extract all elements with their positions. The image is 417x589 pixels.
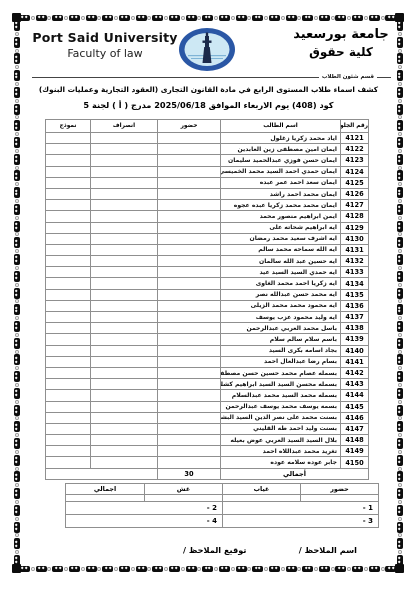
seat-number-cell: 4146 bbox=[341, 412, 369, 423]
departure-cell bbox=[91, 211, 158, 222]
summary-table: حضور غياب غش اجمالي - 1 - 2 - 3 - 4 bbox=[65, 483, 379, 528]
attendance-cell bbox=[158, 133, 221, 144]
departure-cell bbox=[91, 334, 158, 345]
form-cell bbox=[46, 133, 91, 144]
form-cell bbox=[46, 289, 91, 300]
departure-cell bbox=[91, 300, 158, 311]
seat-number-cell: 4139 bbox=[341, 334, 369, 345]
student-name-cell: اياد محمد زكريا زغلول bbox=[221, 133, 341, 144]
table-row: 4127 ايمان محمد محمد زكريا عبده عجوه bbox=[46, 200, 369, 211]
table-row: 4137 ايه وليد محمود عزب يوسف bbox=[46, 312, 369, 323]
decorative-border-left bbox=[12, 20, 21, 566]
form-cell bbox=[46, 222, 91, 233]
attendance-cell bbox=[158, 188, 221, 199]
university-name-ar: جامعة بورسعيد bbox=[285, 27, 397, 42]
student-name-cell: باسم سلام سالم سلام bbox=[221, 334, 341, 345]
departure-cell bbox=[91, 435, 158, 446]
departure-cell bbox=[91, 379, 158, 390]
table-row: 4129 ايه ابراهيم شحاته على bbox=[46, 222, 369, 233]
departure-cell bbox=[91, 312, 158, 323]
seat-number-cell: 4136 bbox=[341, 300, 369, 311]
form-cell bbox=[46, 211, 91, 222]
student-name-cell: ايه محمد حسن عبدالله نصر bbox=[221, 289, 341, 300]
col-student-name: اسم الطالب bbox=[221, 120, 341, 133]
observer-signature-label: توقيع الملاحظ / bbox=[183, 545, 246, 555]
seat-number-cell: 4140 bbox=[341, 345, 369, 356]
table-row: 4128 ايمن ابراهيم منصور محمد bbox=[46, 211, 369, 222]
departure-cell bbox=[91, 356, 158, 367]
attendance-cell bbox=[158, 423, 221, 434]
department-divider: قسم شئون الطلاب bbox=[32, 74, 391, 80]
departure-cell bbox=[91, 177, 158, 188]
form-cell bbox=[46, 144, 91, 155]
attendance-cell bbox=[158, 367, 221, 378]
student-name-cell: بسمله محمد السيد محمد عبدالسلام bbox=[221, 390, 341, 401]
student-name-cell: ايمان حمدي احمد السيد محمد الخميسي bbox=[221, 166, 341, 177]
decorative-border-right bbox=[395, 20, 404, 566]
col-departure: انصراف bbox=[91, 120, 158, 133]
attendance-cell bbox=[158, 256, 221, 267]
attendance-cell bbox=[158, 401, 221, 412]
seat-number-cell: 4126 bbox=[341, 188, 369, 199]
table-row: 4142 بسمله عصام محمد حسين حسن مصطفى bbox=[46, 367, 369, 378]
form-cell bbox=[46, 334, 91, 345]
seat-number-cell: 4148 bbox=[341, 435, 369, 446]
departure-cell bbox=[91, 367, 158, 378]
table-row: 4135 ايه محمد حسن عبدالله نصر bbox=[46, 289, 369, 300]
table-row: 4124 ايمان حمدي احمد السيد محمد الخميسي bbox=[46, 166, 369, 177]
student-name-cell: ايمان محمد احمد راشد bbox=[221, 188, 341, 199]
form-cell bbox=[46, 166, 91, 177]
form-cell bbox=[46, 356, 91, 367]
departure-cell bbox=[91, 222, 158, 233]
attendance-cell bbox=[158, 200, 221, 211]
attendance-cell bbox=[158, 233, 221, 244]
seat-number-cell: 4129 bbox=[341, 222, 369, 233]
student-name-cell: ايمن ابراهيم منصور محمد bbox=[221, 211, 341, 222]
border-corner-bottom-left bbox=[12, 564, 21, 573]
table-row: 4148 بلال السيد السيد العربي عوض بعيله bbox=[46, 435, 369, 446]
divider-rule-left bbox=[32, 77, 319, 78]
seat-number-cell: 4124 bbox=[341, 166, 369, 177]
form-cell bbox=[46, 323, 91, 334]
border-corner-top-left bbox=[12, 13, 21, 22]
table-row: 4144 بسمله محمد السيد محمد عبدالسلام bbox=[46, 390, 369, 401]
student-name-cell: بجاد اسامه بكرى السيد bbox=[221, 345, 341, 356]
roster-body: 4121 اياد محمد زكريا زغلول 4122 ايمان ام… bbox=[46, 133, 369, 480]
attendance-cell bbox=[158, 345, 221, 356]
form-cell bbox=[46, 401, 91, 412]
table-row: 4140 بجاد اسامه بكرى السيد bbox=[46, 345, 369, 356]
attendance-cell bbox=[158, 222, 221, 233]
form-cell bbox=[46, 367, 91, 378]
col-attendance: حضور bbox=[158, 120, 221, 133]
seat-number-cell: 4144 bbox=[341, 390, 369, 401]
departure-cell bbox=[91, 200, 158, 211]
form-cell bbox=[46, 177, 91, 188]
table-row: 4122 ايمان امين مصطفى زين العابدين bbox=[46, 144, 369, 155]
attendance-cell bbox=[158, 390, 221, 401]
seat-number-cell: 4128 bbox=[341, 211, 369, 222]
departure-cell bbox=[91, 233, 158, 244]
table-row: 4132 ايه حسين عبد الله سالمان bbox=[46, 256, 369, 267]
departure-cell bbox=[91, 256, 158, 267]
seat-number-cell: 4135 bbox=[341, 289, 369, 300]
attendance-cell bbox=[158, 356, 221, 367]
student-name-cell: ايمان امين مصطفى زين العابدين bbox=[221, 144, 341, 155]
form-cell bbox=[46, 423, 91, 434]
summary-item-3: - 3 bbox=[223, 515, 379, 528]
attendance-cell bbox=[158, 312, 221, 323]
total-attendance-cell: 30 bbox=[158, 468, 221, 479]
table-row: 4141 بسام رضا عبدالعال احمد bbox=[46, 356, 369, 367]
attendance-cell bbox=[158, 435, 221, 446]
university-name-en: Port Said University bbox=[30, 30, 180, 45]
form-cell bbox=[46, 278, 91, 289]
table-row: 4138 باسل محمد العربي عبدالرحمن bbox=[46, 323, 369, 334]
decorative-border-top bbox=[19, 13, 397, 22]
student-name-cell: ايه حسين عبد الله سالمان bbox=[221, 256, 341, 267]
form-cell bbox=[46, 457, 91, 468]
seat-number-cell: 4130 bbox=[341, 233, 369, 244]
departure-cell bbox=[91, 323, 158, 334]
departure-cell bbox=[91, 144, 158, 155]
attendance-cell bbox=[158, 379, 221, 390]
table-row: 4126 ايمان محمد احمد راشد bbox=[46, 188, 369, 199]
border-corner-top-right bbox=[395, 13, 404, 22]
attendance-cell bbox=[158, 334, 221, 345]
sheet-subtitle: كود (408) يوم الاربعاء الموافق 2025/06/1… bbox=[24, 100, 393, 110]
student-name-cell: تغريد محمد عبداللاه احمد bbox=[221, 446, 341, 457]
seat-number-cell: 4143 bbox=[341, 379, 369, 390]
attendance-cell bbox=[158, 211, 221, 222]
seat-number-cell: 4137 bbox=[341, 312, 369, 323]
sheet-title: كشف اسماء طلاب المستوى الرابع في مادة ال… bbox=[24, 85, 393, 94]
attendance-cell bbox=[158, 457, 221, 468]
seat-number-cell: 4123 bbox=[341, 155, 369, 166]
total-label-cell: أجمالي bbox=[221, 468, 369, 479]
seat-number-cell: 4131 bbox=[341, 244, 369, 255]
seat-number-cell: 4145 bbox=[341, 401, 369, 412]
summary-header-row: حضور غياب غش اجمالي bbox=[66, 484, 379, 495]
student-name-cell: بسمله محسن السيد السيد ابراهيم كشك bbox=[221, 379, 341, 390]
attendance-cell bbox=[158, 446, 221, 457]
departure-cell bbox=[91, 267, 158, 278]
student-name-cell: باسل محمد العربي عبدالرحمن bbox=[221, 323, 341, 334]
attendance-cell bbox=[158, 166, 221, 177]
student-name-cell: ايمان سعد احمد عمر عبده bbox=[221, 177, 341, 188]
university-logo bbox=[178, 27, 236, 72]
decorative-border-bottom bbox=[19, 564, 397, 573]
table-row: 4149 تغريد محمد عبداللاه احمد bbox=[46, 446, 369, 457]
attendance-cell bbox=[158, 244, 221, 255]
form-cell bbox=[46, 435, 91, 446]
attendance-cell bbox=[158, 289, 221, 300]
seat-number-cell: 4121 bbox=[341, 133, 369, 144]
table-row: 4143 بسمله محسن السيد السيد ابراهيم كشك bbox=[46, 379, 369, 390]
form-cell bbox=[46, 155, 91, 166]
seat-number-cell: 4149 bbox=[341, 446, 369, 457]
student-name-cell: ايمان حسن فوزي عبدالحميد سليمان bbox=[221, 155, 341, 166]
student-name-cell: ايمان محمد محمد زكريا عبده عجوه bbox=[221, 200, 341, 211]
student-name-cell: ايه ابراهيم شحاته على bbox=[221, 222, 341, 233]
col-seat-number: رقم الجلوس bbox=[341, 120, 369, 133]
attendance-cell bbox=[158, 412, 221, 423]
form-cell bbox=[46, 412, 91, 423]
departure-cell bbox=[91, 423, 158, 434]
departure-cell bbox=[91, 401, 158, 412]
form-cell bbox=[46, 390, 91, 401]
student-name-cell: ايه محمود محمد محمد الزيلى bbox=[221, 300, 341, 311]
table-row: 4145 بسمه يوسف محمد يوسف عبدالرحمن bbox=[46, 401, 369, 412]
student-name-cell: ايه اشرف سعيد محمد رمضان bbox=[221, 233, 341, 244]
seat-number-cell: 4138 bbox=[341, 323, 369, 334]
departure-cell bbox=[91, 188, 158, 199]
form-cell bbox=[46, 233, 91, 244]
attendance-cell bbox=[158, 155, 221, 166]
header-english: Port Said University Faculty of law bbox=[30, 30, 180, 60]
student-name-cell: بلال السيد السيد العربي عوض بعيله bbox=[221, 435, 341, 446]
student-name-cell: ايه حمدي السيد السيد عيد bbox=[221, 267, 341, 278]
faculty-name-en: Faculty of law bbox=[30, 47, 180, 60]
summary-empty-row bbox=[66, 495, 379, 502]
table-row: 4131 ايه الله سماحه محمد سالم bbox=[46, 244, 369, 255]
department-label: قسم شئون الطلاب bbox=[319, 74, 377, 80]
seat-number-cell: 4134 bbox=[341, 278, 369, 289]
form-cell bbox=[46, 312, 91, 323]
departure-cell bbox=[91, 166, 158, 177]
form-cell bbox=[46, 446, 91, 457]
table-row: 4133 ايه حمدي السيد السيد عيد bbox=[46, 267, 369, 278]
student-name-cell: بسمله عصام محمد حسين حسن مصطفى bbox=[221, 367, 341, 378]
summary-line-3-4: - 3 - 4 bbox=[66, 515, 379, 528]
total-empty-cell bbox=[46, 468, 158, 479]
departure-cell bbox=[91, 278, 158, 289]
student-name-cell: بسام رضا عبدالعال احمد bbox=[221, 356, 341, 367]
attendance-cell bbox=[158, 267, 221, 278]
attendance-cell bbox=[158, 177, 221, 188]
seat-number-cell: 4127 bbox=[341, 200, 369, 211]
summary-col-cheating: غش bbox=[145, 484, 223, 495]
seat-number-cell: 4133 bbox=[341, 267, 369, 278]
observer-name-label: اسم الملاحظ / bbox=[299, 545, 357, 555]
seat-number-cell: 4122 bbox=[341, 144, 369, 155]
attendance-cell bbox=[158, 323, 221, 334]
seat-number-cell: 4150 bbox=[341, 457, 369, 468]
roster-header-row: رقم الجلوس اسم الطالب حضور انصراف نموذج bbox=[46, 120, 369, 133]
student-name-cell: بسنت وليد احمد طه القليني bbox=[221, 423, 341, 434]
roster-table: رقم الجلوس اسم الطالب حضور انصراف نموذج … bbox=[45, 119, 369, 480]
attendance-cell bbox=[158, 278, 221, 289]
seat-number-cell: 4142 bbox=[341, 367, 369, 378]
table-row: 4146 بسنت محمد على نصر الدين السيد البشا… bbox=[46, 412, 369, 423]
border-corner-bottom-right bbox=[395, 564, 404, 573]
summary-line-1-2: - 1 - 2 bbox=[66, 502, 379, 515]
attendance-cell bbox=[158, 300, 221, 311]
summary-col-absence: غياب bbox=[223, 484, 301, 495]
divider-rule-right bbox=[377, 77, 391, 78]
table-row: 4134 ايه زكريا احمد محمد الغاوى bbox=[46, 278, 369, 289]
table-row: 4147 بسنت وليد احمد طه القليني bbox=[46, 423, 369, 434]
header-arabic: جامعة بورسعيد كلية حقوق bbox=[285, 27, 397, 59]
attendance-cell bbox=[158, 144, 221, 155]
seat-number-cell: 4147 bbox=[341, 423, 369, 434]
departure-cell bbox=[91, 345, 158, 356]
table-row: 4121 اياد محمد زكريا زغلول bbox=[46, 133, 369, 144]
student-name-cell: بسمه يوسف محمد يوسف عبدالرحمن bbox=[221, 401, 341, 412]
form-cell bbox=[46, 267, 91, 278]
form-cell bbox=[46, 188, 91, 199]
col-form: نموذج bbox=[46, 120, 91, 133]
table-row: 4130 ايه اشرف سعيد محمد رمضان bbox=[46, 233, 369, 244]
student-name-cell: ايه وليد محمود عزب يوسف bbox=[221, 312, 341, 323]
summary-col-attendance: حضور bbox=[301, 484, 379, 495]
form-cell bbox=[46, 244, 91, 255]
departure-cell bbox=[91, 446, 158, 457]
table-row: 4139 باسم سلام سالم سلام bbox=[46, 334, 369, 345]
departure-cell bbox=[91, 412, 158, 423]
table-row: 4123 ايمان حسن فوزي عبدالحميد سليمان bbox=[46, 155, 369, 166]
lighthouse-logo-icon bbox=[178, 27, 236, 72]
departure-cell bbox=[91, 133, 158, 144]
departure-cell bbox=[91, 289, 158, 300]
departure-cell bbox=[91, 155, 158, 166]
summary-item-2: - 2 bbox=[66, 502, 223, 515]
attendance-sheet-page: Port Said University Faculty of law جامع… bbox=[0, 0, 417, 589]
form-cell bbox=[46, 200, 91, 211]
form-cell bbox=[46, 345, 91, 356]
table-row: 4150 جابر عوده سلامه عوده bbox=[46, 457, 369, 468]
seat-number-cell: 4132 bbox=[341, 256, 369, 267]
summary-item-4: - 4 bbox=[66, 515, 223, 528]
faculty-name-ar: كلية حقوق bbox=[285, 45, 397, 59]
departure-cell bbox=[91, 244, 158, 255]
student-name-cell: ايه زكريا احمد محمد الغاوى bbox=[221, 278, 341, 289]
form-cell bbox=[46, 300, 91, 311]
student-name-cell: جابر عوده سلامه عوده bbox=[221, 457, 341, 468]
roster-total-row: أجمالي30 bbox=[46, 468, 369, 479]
form-cell bbox=[46, 379, 91, 390]
departure-cell bbox=[91, 390, 158, 401]
summary-col-total: اجمالي bbox=[66, 484, 145, 495]
student-name-cell: ايه الله سماحه محمد سالم bbox=[221, 244, 341, 255]
seat-number-cell: 4141 bbox=[341, 356, 369, 367]
summary-item-1: - 1 bbox=[223, 502, 379, 515]
student-name-cell: بسنت محمد على نصر الدين السيد البشار bbox=[221, 412, 341, 423]
table-row: 4125 ايمان سعد احمد عمر عبده bbox=[46, 177, 369, 188]
table-row: 4136 ايه محمود محمد محمد الزيلى bbox=[46, 300, 369, 311]
departure-cell bbox=[91, 457, 158, 468]
seat-number-cell: 4125 bbox=[341, 177, 369, 188]
form-cell bbox=[46, 256, 91, 267]
